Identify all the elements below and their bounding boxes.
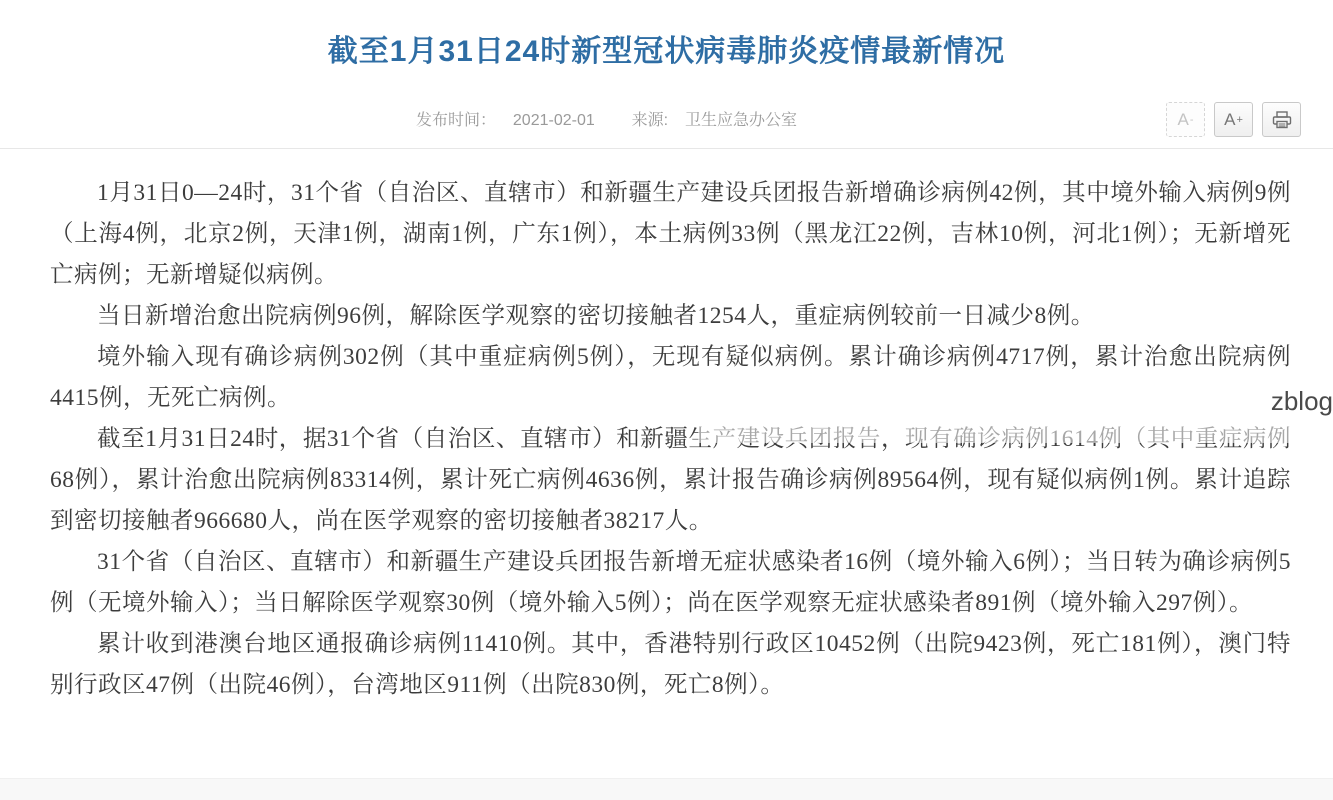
header-divider xyxy=(0,148,1333,149)
article-header: 截至1月31日24时新型冠状病毒肺炎疫情最新情况 发布时间： 2021-02-0… xyxy=(0,26,1333,149)
source-value: 卫生应急办公室 xyxy=(685,112,797,129)
footer-band xyxy=(0,778,1333,800)
font-decrease-button[interactable]: A- xyxy=(1166,102,1205,137)
font-decrease-label: A xyxy=(1177,110,1188,130)
paragraph-daily-new-cases: 1月31日0—24时，31个省（自治区、直辖市）和新疆生产建设兵团报告新增确诊病… xyxy=(50,173,1291,296)
article-body: 1月31日0—24时，31个省（自治区、直辖市）和新疆生产建设兵团报告新增确诊病… xyxy=(0,149,1333,706)
toolbar: A- A+ xyxy=(1166,102,1301,137)
publish-date: 2021-02-01 xyxy=(513,112,595,129)
paragraph-daily-recovered: 当日新增治愈出院病例96例，解除医学观察的密切接触者1254人，重症病例较前一日… xyxy=(50,296,1291,337)
source-label: 来源: xyxy=(632,112,668,129)
print-button[interactable] xyxy=(1262,102,1301,137)
zblog-watermark: zblog xyxy=(1271,386,1333,417)
font-increase-button[interactable]: A+ xyxy=(1214,102,1253,137)
plus-mark: + xyxy=(1236,114,1242,126)
publish-time-label: 发布时间： xyxy=(416,112,496,129)
printer-icon xyxy=(1272,111,1292,129)
paragraph-asymptomatic-cases: 31个省（自治区、直辖市）和新疆生产建设兵团报告新增无症状感染者16例（境外输入… xyxy=(50,542,1291,624)
page-title: 截至1月31日24时新型冠状病毒肺炎疫情最新情况 xyxy=(0,26,1333,70)
minus-mark: - xyxy=(1190,114,1194,126)
paragraph-imported-cases: 境外输入现有确诊病例302例（其中重症病例5例），无现有疑似病例。累计确诊病例4… xyxy=(50,337,1291,419)
paragraph-hk-macao-taiwan: 累计收到港澳台地区通报确诊病例11410例。其中，香港特别行政区10452例（出… xyxy=(50,624,1291,706)
paragraph-cumulative-totals: 截至1月31日24时，据31个省（自治区、直辖市）和新疆生产建设兵团报告，现有确… xyxy=(50,419,1291,542)
article-meta: 发布时间： 2021-02-01 来源: 卫生应急办公室 xyxy=(0,102,1333,140)
article-page: 截至1月31日24时新型冠状病毒肺炎疫情最新情况 发布时间： 2021-02-0… xyxy=(0,0,1333,800)
meta-row: 发布时间： 2021-02-01 来源: 卫生应急办公室 A- A+ xyxy=(0,102,1333,140)
font-increase-label: A xyxy=(1224,110,1235,130)
